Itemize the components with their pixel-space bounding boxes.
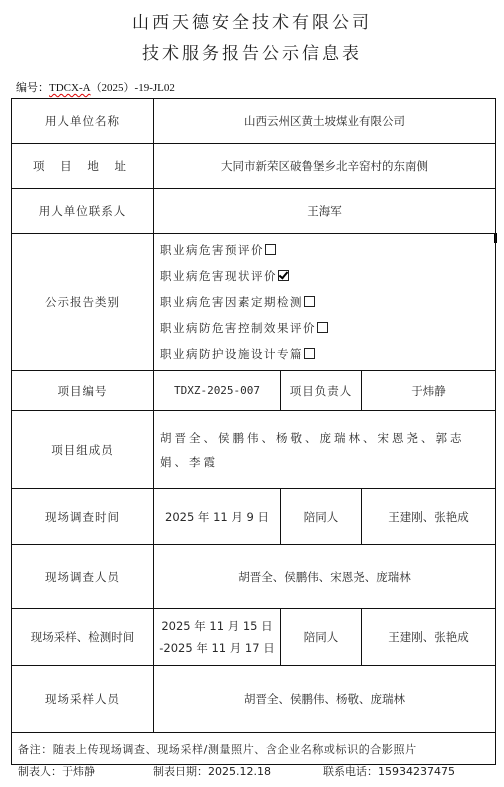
table-row-project-number: 项目编号 TDXZ-2025-007 项目负责人 于炜静 (12, 371, 496, 411)
table-row-sampling-time: 现场采样、检测时间 2025 年 11 月 15 日 -2025 年 11 月 … (12, 609, 496, 666)
category-option-label: 职业病防护设施设计专篇 (160, 347, 303, 361)
report-category-options: 职业病危害预评价 职业病危害现状评价 职业病危害因素定期检测 职业病防危害控制效… (154, 234, 496, 371)
table-row-survey-time: 现场调查时间 2025 年 11 月 9 日 陪同人 王建刚、张艳成 (12, 489, 496, 545)
sampling-escort-label: 陪同人 (281, 609, 362, 666)
info-table: 用人单位名称 山西云州区黄土坡煤业有限公司 项 目 地 址 大同市新荣区破鲁堡乡… (11, 98, 496, 765)
project-lead-label: 项目负责人 (281, 371, 362, 411)
form-title: 技术服务报告公示信息表 (0, 39, 504, 64)
note-text: 备注：随表上传现场调查、现场采样/测量照片、含企业名称或标识的合影照片 (12, 733, 496, 765)
table-row-employer-contact: 用人单位联系人 王海军 (12, 189, 496, 234)
employer-name-label: 用人单位名称 (12, 99, 154, 144)
document-number-suffix: （2025）-19-JL02 (91, 82, 175, 94)
document-number-code: TDCX-A (49, 82, 91, 94)
survey-time-value: 2025 年 11 月 9 日 (154, 489, 281, 545)
checkbox-checked-icon[interactable] (278, 270, 289, 281)
category-option-pre-evaluation[interactable]: 职业病危害预评价 (160, 237, 489, 263)
table-row-sampling-staff: 现场采样人员 胡晋全、侯鹏伟、杨敬、庞瑞林 (12, 666, 496, 733)
category-option-label: 职业病危害因素定期检测 (160, 295, 303, 309)
survey-escort-value: 王建刚、张艳成 (362, 489, 496, 545)
document-number: 编号：TDCX-A（2025）-19-JL02 (16, 79, 175, 95)
sampling-staff-label: 现场采样人员 (12, 666, 154, 733)
sampling-time-start: 2025 年 11 月 15 日 (158, 615, 276, 637)
employer-name-value: 山西云州区黄土坡煤业有限公司 (154, 99, 496, 144)
table-row-project-members: 项目组成员 胡晋全、侯鹏伟、杨敬、庞瑞林、宋恩尧、郭志娟、李霞 (12, 411, 496, 489)
contact-phone: 联系电话：15934237475 (323, 763, 455, 779)
preparer: 制表人：于炜静 (18, 763, 153, 779)
document-number-label: 编号： (16, 81, 49, 94)
footer: 制表人：于炜静制表日期：2025.12.18联系电话：15934237475 (18, 763, 455, 779)
report-category-label: 公示报告类别 (12, 234, 154, 371)
project-address-label: 项 目 地 址 (12, 144, 154, 189)
checkbox-unchecked-icon[interactable] (304, 296, 315, 307)
project-lead-value: 于炜静 (362, 371, 496, 411)
project-members-label: 项目组成员 (12, 411, 154, 489)
prepared-date: 制表日期：2025.12.18 (153, 763, 323, 779)
checkbox-unchecked-icon[interactable] (304, 348, 315, 359)
sampling-time-end: -2025 年 11 月 17 日 (158, 637, 276, 659)
category-option-status-evaluation[interactable]: 职业病危害现状评价 (160, 263, 489, 289)
sampling-escort-value: 王建刚、张艳成 (362, 609, 496, 666)
survey-staff-value: 胡晋全、侯鹏伟、宋恩尧、庞瑞林 (154, 545, 496, 609)
sampling-staff-value: 胡晋全、侯鹏伟、杨敬、庞瑞林 (154, 666, 496, 733)
table-row-survey-staff: 现场调查人员 胡晋全、侯鹏伟、宋恩尧、庞瑞林 (12, 545, 496, 609)
category-option-control-effect-evaluation[interactable]: 职业病防危害控制效果评价 (160, 315, 489, 341)
table-row-note: 备注：随表上传现场调查、现场采样/测量照片、含企业名称或标识的合影照片 (12, 733, 496, 765)
project-members-value: 胡晋全、侯鹏伟、杨敬、庞瑞林、宋恩尧、郭志娟、李霞 (154, 411, 496, 489)
employer-contact-label: 用人单位联系人 (12, 189, 154, 234)
table-row-report-category: 公示报告类别 职业病危害预评价 职业病危害现状评价 职业病危害因素定期检测 职业… (12, 234, 496, 371)
survey-staff-label: 现场调查人员 (12, 545, 154, 609)
category-option-protection-design[interactable]: 职业病防护设施设计专篇 (160, 341, 489, 367)
employer-contact-value: 王海军 (154, 189, 496, 234)
category-option-label: 职业病防危害控制效果评价 (160, 321, 316, 335)
project-number-label: 项目编号 (12, 371, 154, 411)
table-row-employer-name: 用人单位名称 山西云州区黄土坡煤业有限公司 (12, 99, 496, 144)
checkbox-unchecked-icon[interactable] (265, 244, 276, 255)
category-option-periodic-detection[interactable]: 职业病危害因素定期检测 (160, 289, 489, 315)
table-row-project-address: 项 目 地 址 大同市新荣区破鲁堡乡北辛窑村的东南侧 (12, 144, 496, 189)
checkbox-unchecked-icon[interactable] (317, 322, 328, 333)
survey-escort-label: 陪同人 (281, 489, 362, 545)
project-address-value: 大同市新荣区破鲁堡乡北辛窑村的东南侧 (154, 144, 496, 189)
category-option-label: 职业病危害现状评价 (160, 269, 277, 283)
category-option-label: 职业病危害预评价 (160, 243, 264, 257)
sampling-time-label: 现场采样、检测时间 (12, 609, 154, 666)
sampling-time-value: 2025 年 11 月 15 日 -2025 年 11 月 17 日 (154, 609, 281, 666)
survey-time-label: 现场调查时间 (12, 489, 154, 545)
company-title: 山西天德安全技术有限公司 (0, 8, 504, 33)
project-number-value: TDXZ-2025-007 (154, 371, 281, 411)
